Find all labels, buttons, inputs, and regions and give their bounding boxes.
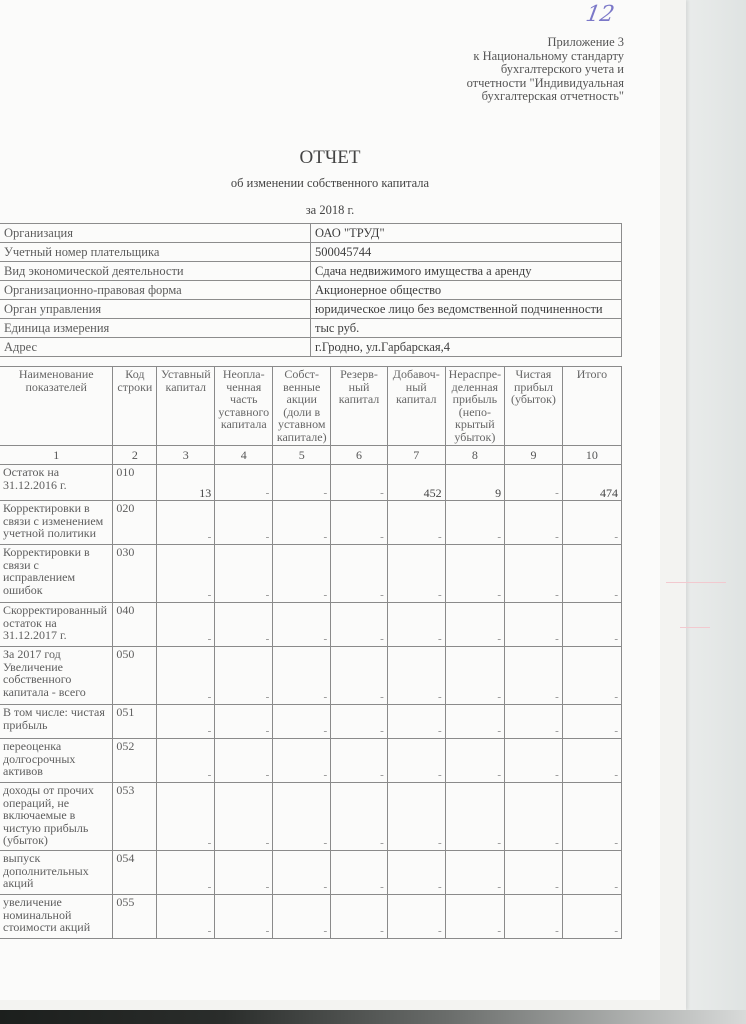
column-header: Наименование показателей <box>0 367 113 446</box>
cell-value: - <box>505 705 563 739</box>
row-code: 030 <box>113 545 157 603</box>
cell-value: 474 <box>562 465 621 501</box>
appendix-line: бухгалтерского учета и <box>467 63 624 77</box>
cell-value: - <box>445 603 504 647</box>
cell-value: - <box>273 783 331 851</box>
row-code: 053 <box>113 783 157 851</box>
cell-value: 9 <box>445 465 504 501</box>
cell-value: - <box>387 895 445 939</box>
row-name: Скорректированный остаток на 31.12.2017 … <box>0 603 113 647</box>
row-code: 050 <box>113 647 157 705</box>
cell-value: - <box>215 465 273 501</box>
column-number: 3 <box>157 446 215 465</box>
cell-value: - <box>562 647 621 705</box>
cell-value: - <box>331 603 388 647</box>
handwritten-page-number: 12 <box>584 2 616 27</box>
info-row: Вид экономической деятельностиСдача недв… <box>0 262 622 281</box>
info-row: Организационно-правовая формаАкционерное… <box>0 281 622 300</box>
cell-value: - <box>505 545 563 603</box>
info-value: тыс руб. <box>311 319 622 338</box>
scan-edge <box>0 1010 746 1024</box>
cell-value: - <box>157 603 215 647</box>
cell-value: - <box>273 465 331 501</box>
cell-value: - <box>445 647 504 705</box>
info-value: 500045744 <box>311 243 622 262</box>
cell-value: - <box>505 465 563 501</box>
table-row: Корректировки в связи с исправлением оши… <box>0 545 622 603</box>
row-code: 010 <box>113 465 157 501</box>
cell-value: - <box>387 851 445 895</box>
cell-value: - <box>331 705 388 739</box>
appendix-line: бухгалтерская отчетность" <box>467 90 624 104</box>
column-number: 6 <box>331 446 388 465</box>
column-header: Чистая прибыл (убыток) <box>505 367 563 446</box>
column-header: Резерв-ный капитал <box>331 367 388 446</box>
row-name: доходы от прочих операций, не включаемые… <box>0 783 113 851</box>
info-row: Учетный номер плательщика500045744 <box>0 243 622 262</box>
cell-value: - <box>505 603 563 647</box>
row-name: выпуск дополнительных акций <box>0 851 113 895</box>
appendix-line: к Национальному стандарту <box>467 50 624 64</box>
cell-value: - <box>215 545 273 603</box>
cell-value: - <box>505 895 563 939</box>
cell-value: - <box>215 739 273 783</box>
info-row: Орган управленияюридическое лицо без вед… <box>0 300 622 319</box>
cell-value: - <box>562 739 621 783</box>
table-row: За 2017 год Увеличение собственного капи… <box>0 647 622 705</box>
info-row: Адресг.Гродно, ул.Гарбарская,4 <box>0 338 622 357</box>
report-title: ОТЧЕТ <box>0 147 660 169</box>
cell-value: - <box>562 705 621 739</box>
cell-value: - <box>505 783 563 851</box>
info-label: Орган управления <box>0 300 311 319</box>
cell-value: - <box>562 501 621 545</box>
column-header: Собст-венные акции (доли в уставном капи… <box>273 367 331 446</box>
info-label: Организационно-правовая форма <box>0 281 311 300</box>
cell-value: - <box>331 647 388 705</box>
appendix-line: Приложение 3 <box>467 36 624 50</box>
bleed-mark <box>680 627 710 628</box>
column-header: Итого <box>562 367 621 446</box>
row-name: Остаток на 31.12.2016 г. <box>0 465 113 501</box>
appendix-note: Приложение 3 к Национальному стандарту б… <box>467 36 624 104</box>
column-header: Неопла-ченная часть уставного капитала <box>215 367 273 446</box>
cell-value: - <box>273 647 331 705</box>
cell-value: - <box>157 545 215 603</box>
column-number: 1 <box>0 446 113 465</box>
info-label: Единица измерения <box>0 319 311 338</box>
organization-info-table: ОрганизацияОАО "ТРУД"Учетный номер плате… <box>0 223 622 357</box>
cell-value: - <box>215 851 273 895</box>
report-period: за 2018 г. <box>0 203 660 218</box>
cell-value: - <box>273 895 331 939</box>
cell-value: - <box>157 739 215 783</box>
row-code: 054 <box>113 851 157 895</box>
cell-value: - <box>505 647 563 705</box>
info-value: ОАО "ТРУД" <box>311 224 622 243</box>
cell-value: - <box>387 545 445 603</box>
cell-value: - <box>387 501 445 545</box>
info-value: г.Гродно, ул.Гарбарская,4 <box>311 338 622 357</box>
cell-value: - <box>331 465 388 501</box>
column-number: 8 <box>445 446 504 465</box>
cell-value: - <box>562 895 621 939</box>
appendix-line: отчетности "Индивидуальная <box>467 77 624 91</box>
row-name: Корректировки в связи с исправлением оши… <box>0 545 113 603</box>
cell-value: - <box>273 545 331 603</box>
cell-value: - <box>273 705 331 739</box>
cell-value: - <box>273 851 331 895</box>
cell-value: - <box>387 603 445 647</box>
table-row: увеличение номинальной стоимости акций05… <box>0 895 622 939</box>
capital-changes-table: Наименование показателейКод строкиУставн… <box>0 366 622 939</box>
cell-value: - <box>331 545 388 603</box>
cell-value: - <box>331 783 388 851</box>
column-number: 9 <box>505 446 563 465</box>
column-number-row: 12345678910 <box>0 446 622 465</box>
report-subtitle: об изменении собственного капитала <box>0 176 660 191</box>
cell-value: - <box>562 603 621 647</box>
table-row: В том числе: чистая прибыль051-------- <box>0 705 622 739</box>
info-label: Вид экономической деятельности <box>0 262 311 281</box>
column-number: 5 <box>273 446 331 465</box>
cell-value: - <box>387 783 445 851</box>
cell-value: - <box>445 783 504 851</box>
row-code: 020 <box>113 501 157 545</box>
row-code: 052 <box>113 739 157 783</box>
row-name: За 2017 год Увеличение собственного капи… <box>0 647 113 705</box>
cell-value: - <box>157 501 215 545</box>
cell-value: - <box>562 851 621 895</box>
column-number: 4 <box>215 446 273 465</box>
info-value: Акционерное общество <box>311 281 622 300</box>
cell-value: - <box>273 501 331 545</box>
info-value: юридическое лицо без ведомственной подчи… <box>311 300 622 319</box>
cell-value: - <box>445 705 504 739</box>
cell-value: - <box>505 739 563 783</box>
cell-value: - <box>387 705 445 739</box>
table-row: Остаток на 31.12.2016 г.01013---4529-474 <box>0 465 622 501</box>
table-row: Корректировки в связи с изменением учетн… <box>0 501 622 545</box>
column-header: Добавоч-ный капитал <box>387 367 445 446</box>
info-row: ОрганизацияОАО "ТРУД" <box>0 224 622 243</box>
column-header: Нераспре-деленная прибыль (непо-крытый у… <box>445 367 504 446</box>
info-label: Учетный номер плательщика <box>0 243 311 262</box>
row-code: 040 <box>113 603 157 647</box>
cell-value: - <box>273 603 331 647</box>
cell-value: - <box>445 895 504 939</box>
cell-value: - <box>157 895 215 939</box>
cell-value: - <box>387 739 445 783</box>
cell-value: - <box>157 705 215 739</box>
cell-value: - <box>331 851 388 895</box>
cell-value: - <box>331 739 388 783</box>
cell-value: - <box>157 783 215 851</box>
column-header: Уставный капитал <box>157 367 215 446</box>
table-row: Скорректированный остаток на 31.12.2017 … <box>0 603 622 647</box>
cell-value: - <box>215 895 273 939</box>
cell-value: 13 <box>157 465 215 501</box>
table-row: доходы от прочих операций, не включаемые… <box>0 783 622 851</box>
table-row: переоценка долгосрочных активов052------… <box>0 739 622 783</box>
cell-value: - <box>445 501 504 545</box>
cell-value: - <box>505 501 563 545</box>
row-name: увеличение номинальной стоимости акций <box>0 895 113 939</box>
cell-value: - <box>331 501 388 545</box>
column-number: 7 <box>387 446 445 465</box>
cell-value: 452 <box>387 465 445 501</box>
info-row: Единица измерениятыс руб. <box>0 319 622 338</box>
info-label: Организация <box>0 224 311 243</box>
row-name: В том числе: чистая прибыль <box>0 705 113 739</box>
row-name: Корректировки в связи с изменением учетн… <box>0 501 113 545</box>
cell-value: - <box>562 783 621 851</box>
cell-value: - <box>215 603 273 647</box>
cell-value: - <box>445 545 504 603</box>
cell-value: - <box>445 851 504 895</box>
row-name: переоценка долгосрочных активов <box>0 739 113 783</box>
cell-value: - <box>157 647 215 705</box>
cell-value: - <box>215 705 273 739</box>
info-value: Сдача недвижимого имущества а аренду <box>311 262 622 281</box>
column-number: 2 <box>113 446 157 465</box>
cell-value: - <box>215 783 273 851</box>
info-label: Адрес <box>0 338 311 357</box>
column-header: Код строки <box>113 367 157 446</box>
cell-value: - <box>157 851 215 895</box>
cell-value: - <box>387 647 445 705</box>
row-code: 051 <box>113 705 157 739</box>
cell-value: - <box>215 501 273 545</box>
cell-value: - <box>445 739 504 783</box>
cell-value: - <box>505 851 563 895</box>
column-number: 10 <box>562 446 621 465</box>
cell-value: - <box>331 895 388 939</box>
row-code: 055 <box>113 895 157 939</box>
cell-value: - <box>273 739 331 783</box>
cell-value: - <box>215 647 273 705</box>
table-row: выпуск дополнительных акций054-------- <box>0 851 622 895</box>
header-row: Наименование показателейКод строкиУставн… <box>0 367 622 446</box>
cell-value: - <box>562 545 621 603</box>
bleed-mark <box>666 582 726 583</box>
